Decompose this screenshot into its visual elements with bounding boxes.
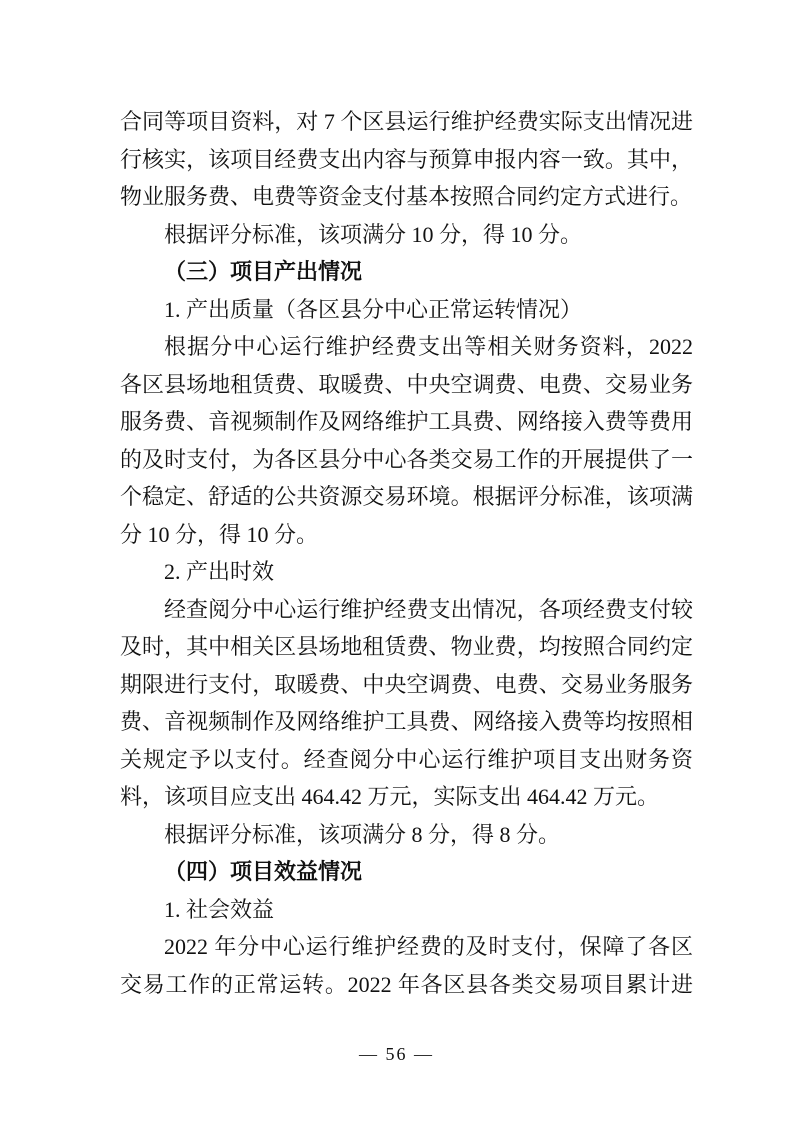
text-line: 合同等项目资料，对 7 个区县运行维护经费实际支出情况进 <box>120 103 693 141</box>
text-line: 2022 年分中心运行维护经费的及时支付，保障了各区县 <box>120 928 693 966</box>
page-number: — 56 — <box>359 1044 434 1064</box>
paragraph: 1. 产出质量（各区县分中心正常运转情况） <box>120 291 693 329</box>
text-line: 根据分中心运行维护经费支出等相关财务资料，2022 年 <box>120 328 693 366</box>
text-line: 期限进行支付，取暖费、中央空调费、电费、交易业务服务 <box>120 666 693 704</box>
text-line: 分 10 分，得 10 分。 <box>120 516 693 554</box>
paragraph: 经查阅分中心运行维护经费支出情况，各项经费支付较及时，其中相关区县场地租赁费、物… <box>120 591 693 816</box>
text-line: 服务费、音视频制作及网络维护工具费、网络接入费等费用 <box>120 403 693 441</box>
text-line: 1. 社会效益 <box>120 891 693 929</box>
paragraph: 1. 社会效益 <box>120 891 693 929</box>
section-heading: （三）项目产出情况 <box>120 253 693 291</box>
paragraph: 2. 产出时效 <box>120 553 693 591</box>
text-line: 料，该项目应支出 464.42 万元，实际支出 464.42 万元。 <box>120 778 693 816</box>
text-line: 根据评分标准，该项满分 8 分，得 8 分。 <box>120 816 693 854</box>
paragraph: 合同等项目资料，对 7 个区县运行维护经费实际支出情况进行核实，该项目经费支出内… <box>120 103 693 216</box>
text-line: 1. 产出质量（各区县分中心正常运转情况） <box>120 291 693 329</box>
text-line: 2. 产出时效 <box>120 553 693 591</box>
text-line: 关规定予以支付。经查阅分中心运行维护项目支出财务资 <box>120 741 693 779</box>
text-line: 行核实，该项目经费支出内容与预算申报内容一致。其中， <box>120 141 693 179</box>
text-line: 个稳定、舒适的公共资源交易环境。根据评分标准，该项满 <box>120 478 693 516</box>
text-line: 各区县场地租赁费、取暖费、中央空调费、电费、交易业务 <box>120 366 693 404</box>
document-page: 合同等项目资料，对 7 个区县运行维护经费实际支出情况进行核实，该项目经费支出内… <box>0 0 793 1122</box>
text-line: （四）项目效益情况 <box>120 853 693 891</box>
paragraph: 根据评分标准，该项满分 8 分，得 8 分。 <box>120 816 693 854</box>
paragraph: 根据评分标准，该项满分 10 分，得 10 分。 <box>120 216 693 254</box>
text-line: 的及时支付，为各区县分中心各类交易工作的开展提供了一 <box>120 441 693 479</box>
text-line: 及时，其中相关区县场地租赁费、物业费，均按照合同约定 <box>120 628 693 666</box>
section-heading: （四）项目效益情况 <box>120 853 693 891</box>
text-line: 物业服务费、电费等资金支付基本按照合同约定方式进行。 <box>120 178 693 216</box>
page-footer: — 56 — <box>0 1042 793 1066</box>
document-body: 合同等项目资料，对 7 个区县运行维护经费实际支出情况进行核实，该项目经费支出内… <box>120 103 693 1003</box>
paragraph: 根据分中心运行维护经费支出等相关财务资料，2022 年各区县场地租赁费、取暖费、… <box>120 328 693 553</box>
text-line: 根据评分标准，该项满分 10 分，得 10 分。 <box>120 216 693 254</box>
text-line: （三）项目产出情况 <box>120 253 693 291</box>
text-line: 经查阅分中心运行维护经费支出情况，各项经费支付较 <box>120 591 693 629</box>
text-line: 费、音视频制作及网络维护工具费、网络接入费等均按照相 <box>120 703 693 741</box>
text-line: 交易工作的正常运转。2022 年各区县各类交易项目累计进场 <box>120 966 693 1004</box>
paragraph: 2022 年分中心运行维护经费的及时支付，保障了各区县交易工作的正常运转。202… <box>120 928 693 1003</box>
